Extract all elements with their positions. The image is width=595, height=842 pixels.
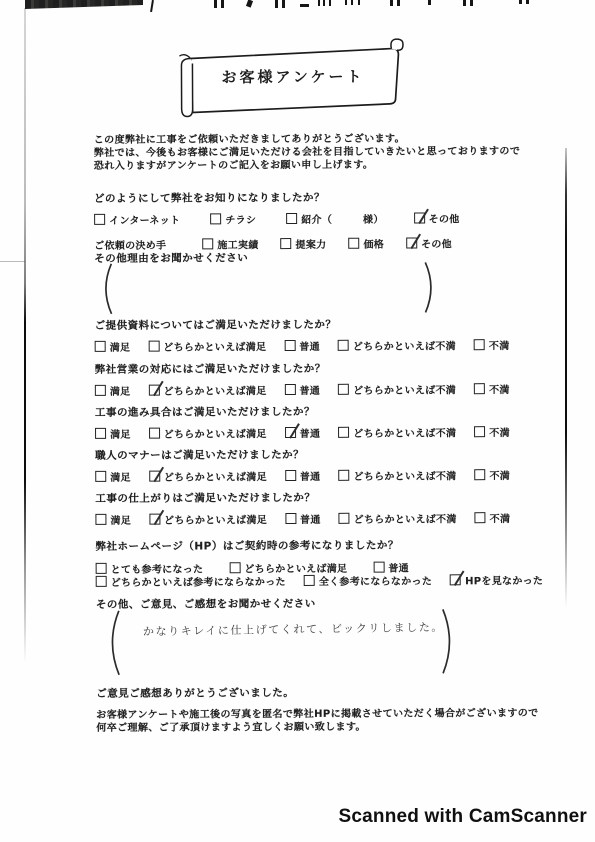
checked-checkbox[interactable] — [414, 212, 425, 223]
checkbox-option[interactable]: どちらかといえば満足 — [149, 425, 267, 441]
checked-checkbox[interactable] — [149, 471, 160, 482]
decision-label: ご依頼の決め手 — [94, 237, 166, 252]
checkbox[interactable] — [474, 383, 485, 394]
text-line: 何卒ご理解、ご了承頂けますよう宜しくお願い致します。 — [96, 720, 538, 735]
checkbox-label: どちらかといえば満足 — [164, 468, 267, 483]
checkbox[interactable] — [338, 470, 349, 481]
checkbox[interactable] — [304, 575, 315, 586]
question-homepage: 弊社ホームページ（HP）はご契約時の参考になりましたか？ — [96, 538, 399, 554]
checkbox-label: その他 — [421, 235, 452, 250]
checkbox-option[interactable]: 普通 — [284, 338, 320, 353]
checkbox[interactable] — [96, 563, 107, 574]
checkbox[interactable] — [373, 562, 384, 573]
checkbox-option[interactable]: 満足 — [95, 512, 131, 527]
checkbox-label: どちらかといえば満足 — [164, 511, 267, 526]
checkbox-option[interactable]: チラシ — [210, 211, 256, 226]
checkbox[interactable] — [149, 428, 160, 439]
checkbox-label: 普通 — [300, 425, 321, 440]
checkbox[interactable] — [95, 341, 106, 352]
checkbox-option[interactable]: 不満 — [474, 381, 510, 396]
checkbox-option[interactable]: 施工実績 — [202, 236, 258, 251]
check-mark — [289, 423, 299, 438]
checkbox-label: その他 — [429, 210, 460, 225]
checkbox[interactable] — [286, 213, 297, 224]
checkbox[interactable] — [339, 513, 350, 524]
checkbox-option[interactable]: どちらかといえば満足 — [148, 382, 266, 398]
checkbox[interactable] — [148, 341, 159, 352]
closing-thanks: ご意見ご感想ありがとうございました。 — [96, 685, 294, 701]
checkbox-label: 普通 — [299, 382, 320, 397]
checkbox-label: 施工実績 — [217, 236, 258, 251]
checked-checkbox[interactable] — [450, 574, 461, 585]
checkbox[interactable] — [285, 513, 296, 524]
checkbox-option[interactable]: どちらかといえば不満 — [338, 467, 456, 483]
checkbox[interactable] — [338, 427, 349, 438]
checkbox-label: 不満 — [489, 337, 510, 352]
checkbox-option[interactable]: どちらかといえば満足 — [149, 468, 267, 484]
checked-checkbox[interactable] — [406, 237, 417, 248]
checkbox-label: 普通 — [300, 511, 321, 526]
checkbox-label: どちらかといえば不満 — [353, 424, 456, 439]
checkbox-label: どちらかといえば不満 — [354, 510, 457, 525]
checkbox-label: 満足 — [110, 469, 131, 484]
checkbox-option[interactable]: どちらかといえば不満 — [338, 424, 456, 440]
text-line: 恐れ入りますがアンケートのご記入をお願い申し上げます。 — [94, 158, 520, 173]
checkbox-option[interactable]: 不満 — [474, 337, 510, 352]
question-comments: その他、ご意見、ご感想をお聞かせください — [96, 596, 316, 612]
checkbox-option[interactable]: 提案力 — [281, 236, 327, 251]
check-mark — [454, 570, 464, 585]
scanned-survey-page: お客様アンケート この度弊社に工事をご依頼いただきましてありがとうございます。弊… — [0, 0, 595, 842]
checkbox[interactable] — [95, 471, 106, 482]
question-worker-manners: 職人のマナーはご満足いただけましたか？ — [95, 447, 304, 463]
checkbox-option[interactable]: どちらかといえば満足 — [148, 338, 266, 354]
camscanner-watermark: Scanned with CamScanner — [338, 806, 587, 828]
question-materials: ご提供資料についてはご満足いただけましたか？ — [95, 317, 337, 333]
handwritten-comment: かなりキレイに仕上げてくれて、ビックリしました。 — [143, 619, 444, 639]
checkbox-label: 不満 — [489, 467, 510, 482]
checkbox-label: 紹介（ 様） — [301, 211, 383, 226]
check-mark — [153, 510, 163, 525]
checkbox-option[interactable]: どちらかといえば不満 — [338, 381, 456, 397]
checkbox-label: どちらかといえば満足 — [163, 382, 266, 397]
worker-manners-options: 満足どちらかといえば満足普通どちらかといえば不満不満 — [95, 467, 510, 484]
checkbox-label: 普通 — [300, 468, 321, 483]
how-found-options: インターネットチラシ紹介（ 様）その他 — [94, 210, 459, 227]
checked-checkbox[interactable] — [149, 514, 160, 525]
checkbox-option[interactable]: 普通 — [285, 468, 321, 483]
question-work-finish: 工事の仕上がりはご満足いただけましたか？ — [95, 490, 315, 506]
checkbox-label: 満足 — [110, 426, 131, 441]
checkbox-option[interactable]: どちらかといえば参考にならなかった — [96, 573, 286, 589]
checkbox[interactable] — [95, 428, 106, 439]
checkbox-option[interactable]: どちらかといえば不満 — [338, 337, 456, 353]
checkbox-option[interactable]: 普通 — [285, 425, 321, 440]
checkbox-option[interactable]: どちらかといえば不満 — [339, 510, 457, 526]
materials-options: 満足どちらかといえば満足普通どちらかといえば不満不満 — [95, 337, 510, 354]
checkbox[interactable] — [281, 238, 292, 249]
question-sales-response: 弊社営業の対応にはご満足いただけましたか？ — [95, 361, 326, 377]
check-mark — [153, 467, 163, 482]
checkbox[interactable] — [474, 426, 485, 437]
checkbox-label: 不満 — [490, 510, 511, 525]
checkbox[interactable] — [474, 339, 485, 350]
checkbox-option[interactable]: 不満 — [474, 467, 510, 482]
work-progress-options: 満足どちらかといえば満足普通どちらかといえば不満不満 — [95, 424, 510, 441]
checkbox[interactable] — [338, 384, 349, 395]
checkbox[interactable] — [338, 340, 349, 351]
checkbox-label: チラシ — [225, 211, 256, 226]
text-line: 弊社では、今後もお客様にご満足いただける会社を目指していきたいと思っておりますの… — [94, 145, 520, 160]
checkbox[interactable] — [348, 238, 359, 249]
check-mark — [410, 234, 420, 249]
checkbox-label: どちらかといえば不満 — [353, 337, 456, 352]
checkbox-label: どちらかといえば不満 — [353, 467, 456, 482]
checkbox-option[interactable]: 価格 — [348, 236, 384, 251]
checkbox[interactable] — [475, 512, 486, 523]
checkbox-option[interactable]: HPを見なかった — [450, 572, 543, 587]
checkbox-label: 満足 — [110, 512, 131, 527]
checkbox-option[interactable]: 満足 — [95, 469, 131, 484]
checkbox[interactable] — [94, 214, 105, 225]
checkbox-label: 不満 — [489, 424, 510, 439]
title-banner: お客様アンケート — [168, 35, 413, 121]
checkbox-label: どちらかといえば満足 — [163, 338, 266, 353]
sales-response-options: 満足どちらかといえば満足普通どちらかといえば不満不満 — [95, 381, 510, 398]
closing-notice: お客様アンケートや施工後の写真を匿名で弊社HPに掲載させていただく場合がございま… — [96, 707, 538, 735]
checkbox-option[interactable]: その他 — [414, 210, 460, 225]
checkbox[interactable] — [474, 469, 485, 480]
checkbox[interactable] — [229, 562, 240, 573]
answer-bracket-left — [99, 263, 113, 315]
checkbox-label: 普通 — [299, 338, 320, 353]
checkbox-option[interactable]: 満足 — [95, 383, 131, 398]
check-mark — [153, 381, 163, 396]
answer-bracket-right — [423, 261, 437, 313]
checkbox-option[interactable]: 不満 — [475, 510, 511, 525]
checkbox-option[interactable]: 満足 — [95, 339, 131, 354]
checkbox[interactable] — [95, 385, 106, 396]
checked-checkbox[interactable] — [148, 385, 159, 396]
checkbox-option[interactable]: 普通 — [284, 382, 320, 397]
checkbox-option[interactable]: 全く参考にならなかった — [304, 572, 432, 588]
checkbox[interactable] — [284, 384, 295, 395]
checkbox[interactable] — [202, 238, 213, 249]
checkbox-option[interactable]: インターネット — [94, 212, 180, 227]
checkbox[interactable] — [96, 576, 107, 587]
checkbox-label: 不満 — [489, 381, 510, 396]
check-mark — [418, 209, 428, 224]
checkbox-option[interactable]: どちらかといえば満足 — [149, 511, 267, 527]
checkbox[interactable] — [284, 340, 295, 351]
question-how-found: どのようにして弊社をお知りになりましたか？ — [94, 190, 325, 206]
checked-checkbox[interactable] — [285, 427, 296, 438]
checkbox[interactable] — [285, 470, 296, 481]
checkbox-label: どちらかといえば満足 — [164, 425, 267, 440]
checkbox-label: インターネット — [109, 212, 180, 227]
checkbox-label: どちらかといえば不満 — [353, 381, 456, 396]
intro-text: この度弊社に工事をご依頼いただきましてありがとうございます。弊社では、今後もお客… — [94, 132, 521, 173]
checkbox-label: 満足 — [110, 339, 131, 354]
page-title: お客様アンケート — [182, 66, 403, 88]
checkbox[interactable] — [95, 514, 106, 525]
decision-followup: その他理由をお聞かせください — [94, 250, 248, 266]
checkbox-label: どちらかといえば参考にならなかった — [111, 573, 286, 589]
checkbox-option[interactable]: 不満 — [474, 424, 510, 439]
checkbox-option[interactable]: その他 — [406, 235, 452, 250]
homepage-options-row2: どちらかといえば参考にならなかった全く参考にならなかったHPを見なかった — [96, 572, 544, 589]
checkbox-label: 価格 — [363, 236, 384, 251]
text-line: お客様アンケートや施工後の写真を匿名で弊社HPに掲載させていただく場合がございま… — [96, 707, 538, 722]
checkbox-option[interactable]: 満足 — [95, 426, 131, 441]
decision-row: ご依頼の決め手 施工実績提案力価格その他 — [94, 235, 452, 252]
work-finish-options: 満足どちらかといえば満足普通どちらかといえば不満不満 — [95, 510, 510, 527]
checkbox-option[interactable]: 紹介（ 様） — [286, 211, 383, 226]
checkbox-label: 提案力 — [296, 236, 327, 251]
checkbox-label: 満足 — [110, 383, 131, 398]
checkbox-option[interactable]: 普通 — [285, 511, 321, 526]
checkbox-label: 全く参考にならなかった — [319, 572, 432, 587]
question-work-progress: 工事の進み具合はご満足いただけましたか？ — [95, 404, 315, 420]
decision-options: 施工実績提案力価格その他 — [202, 235, 452, 251]
comments-bracket-left — [105, 610, 121, 676]
checkbox[interactable] — [210, 213, 221, 224]
checkbox-label: HPを見なかった — [465, 572, 543, 587]
